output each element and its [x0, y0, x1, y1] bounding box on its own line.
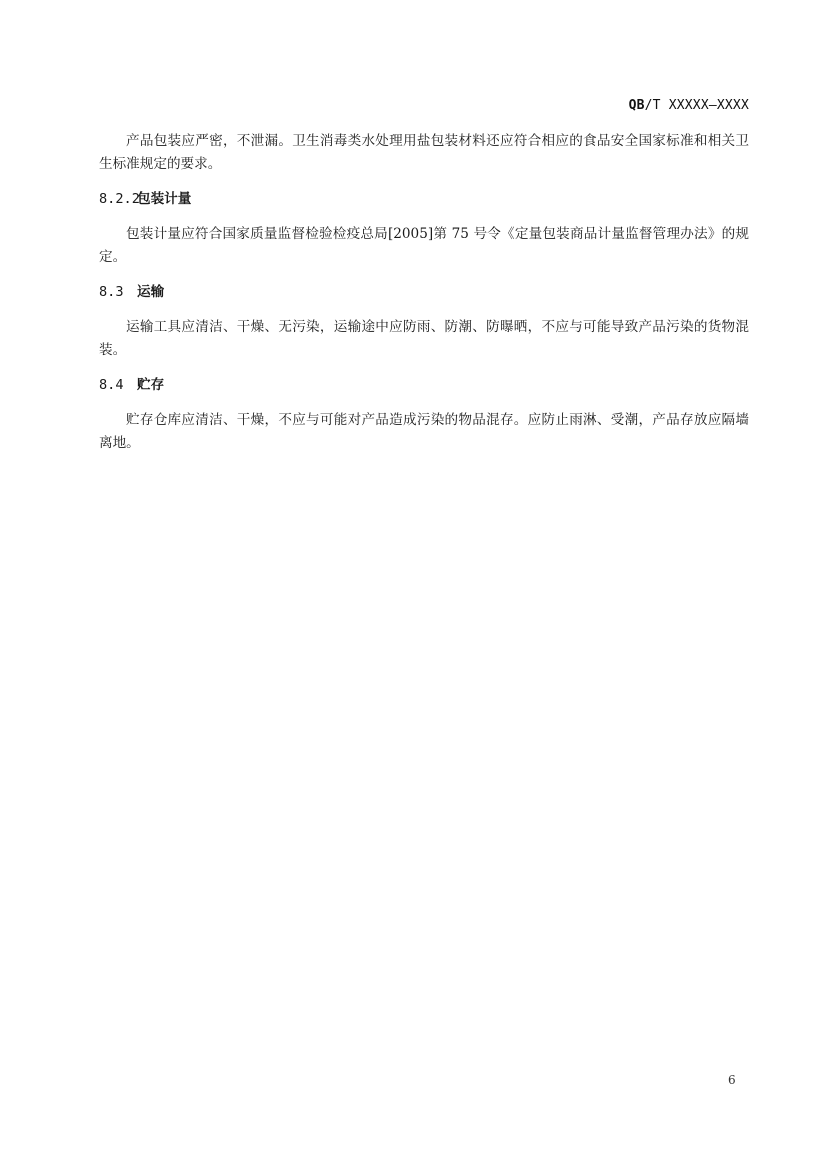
section-number: 8.2.2 [99, 188, 137, 211]
storage-paragraph: 贮存仓库应清洁、干燥，不应与可能对产品造成污染的物品混存。应防止雨淋、受潮，产品… [99, 409, 749, 455]
standard-number: /T XXXXX—XXXX [645, 98, 749, 113]
section-number: 8.4 [99, 374, 137, 397]
section-heading-8-3: 8.3运输 [99, 281, 749, 304]
standard-prefix: QB [629, 98, 645, 113]
document-body: 产品包装应严密，不泄漏。卫生消毒类水处理用盐包装材料还应符合相应的食品安全国家标… [99, 130, 749, 455]
transport-paragraph: 运输工具应清洁、干燥、无污染，运输途中应防雨、防潮、防曝晒，不应与可能导致产品污… [99, 316, 749, 362]
section-title: 运输 [137, 284, 164, 300]
section-title: 包装计量 [137, 191, 191, 207]
page-number: 6 [728, 1073, 736, 1087]
packaging-paragraph: 产品包装应严密，不泄漏。卫生消毒类水处理用盐包装材料还应符合相应的食品安全国家标… [99, 130, 749, 176]
section-heading-8-4: 8.4贮存 [99, 374, 749, 397]
section-heading-8-2-2: 8.2.2包装计量 [99, 188, 749, 211]
section-number: 8.3 [99, 281, 137, 304]
packaging-measure-paragraph: 包装计量应符合国家质量监督检验检疫总局[2005]第 75 号令《定量包装商品计… [99, 223, 749, 269]
section-title: 贮存 [137, 377, 164, 393]
standard-code-header: QB/T XXXXX—XXXX [629, 98, 749, 113]
